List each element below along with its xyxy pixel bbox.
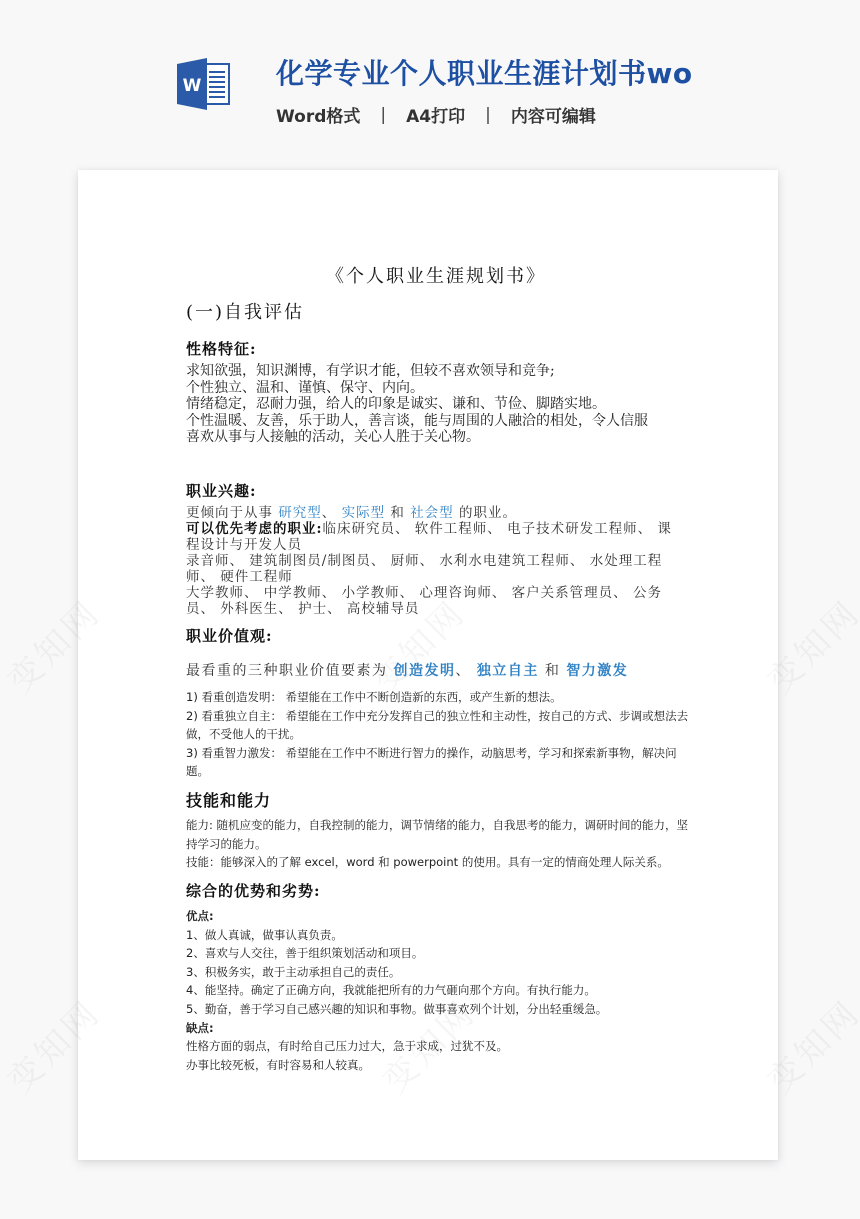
swot-text: 优点: 1、做人真诚，做事认真负责。 2、喜欢与人交往，善于组织策划活动和项目。… — [186, 907, 691, 1074]
document-main-title: 《个人职业生涯规划书》 — [186, 262, 686, 288]
weakness-item: 性格方面的弱点，有时给自己压力过大，急于求成，过犹不及。 — [186, 1037, 691, 1056]
interest-type-social: 社会型 — [410, 505, 454, 521]
value-creativity: 创造发明 — [393, 663, 455, 679]
heading-personality: 性格特征: — [186, 338, 257, 359]
strength-item: 2、喜欢与人交往，善于组织策划活动和项目。 — [186, 944, 691, 963]
ability-text: 能力: 随机应变的能力，自我控制的能力，调节情绪的能力，自我思考的能力，调研时间… — [186, 816, 691, 853]
strength-item: 5、勤奋，善于学习自己感兴趣的知识和事物。做事喜欢列个计划，分出轻重缓急。 — [186, 1000, 691, 1019]
section-self-assessment: (一)自我评估 — [186, 298, 304, 324]
conjunction: 和 — [545, 663, 561, 679]
jobs-label: 可以优先考虑的职业: — [186, 521, 322, 537]
value-detail: 1) 看重创造发明： 希望能在工作中不断创造新的东西，或产生新的想法。 — [186, 688, 691, 707]
personality-text: 求知欲强，知识渊博，有学识才能，但较不喜欢领导和竞争; 个性独立、温和、谨慎、保… — [186, 363, 686, 446]
interest-prefix: 更倾向于从事 — [186, 505, 273, 521]
personality-line: 求知欲强，知识渊博，有学识才能，但较不喜欢领导和竞争; — [186, 363, 686, 380]
strengths-label: 优点: — [186, 907, 691, 926]
personality-line: 情绪稳定，忍耐力强，给人的印象是诚实、谦和、节俭、脚踏实地。 — [186, 396, 686, 413]
meta-separator: | — [485, 105, 491, 125]
strength-item: 4、能坚持。确定了正确方向，我就能把所有的力气砸向那个方向。有执行能力。 — [186, 981, 691, 1000]
interest-preference: 更倾向于从事 研究型、 实际型 和 社会型 的职业。 — [186, 505, 686, 521]
meta-format: Word格式 — [276, 102, 360, 127]
personality-line: 喜欢从事与人接触的活动，关心人胜于关心物。 — [186, 429, 686, 446]
heading-interest: 职业兴趣: — [186, 480, 257, 501]
page-header: W 化学专业个人职业生涯计划书wo Word格式 | A4打印 | 内容可编辑 — [0, 0, 860, 150]
document-preview: 《个人职业生涯规划书》 (一)自我评估 性格特征: 求知欲强，知识渊博，有学识才… — [78, 170, 778, 1160]
doc-title: 化学专业个人职业生涯计划书wo — [276, 52, 693, 92]
jobs-line: 可以优先考虑的职业:临床研究员、 软件工程师、 电子技术研发工程师、 课程设计与… — [186, 521, 686, 553]
value-detail: 2) 看重独立自主： 希望能在工作中充分发挥自己的独立性和主动性，按自己的方式、… — [186, 707, 691, 744]
personality-line: 个性温暖、友善，乐于助人，善言谈，能与周围的人融洽的相处，令人信服 — [186, 413, 686, 430]
doc-meta: Word格式 | A4打印 | 内容可编辑 — [276, 102, 596, 127]
value-independence: 独立自主 — [477, 663, 539, 679]
meta-editable: 内容可编辑 — [511, 102, 596, 127]
interest-type-realistic: 实际型 — [342, 505, 386, 521]
jobs-line: 大学教师、 中学教师、 小学教师、 心理咨询师、 客户关系管理员、 公务员、 外… — [186, 585, 686, 617]
word-doc-icon: W — [175, 58, 231, 110]
jobs-line: 录音师、 建筑制图员/制图员、 厨师、 水利水电建筑工程师、 水处理工程师、 硬… — [186, 553, 686, 585]
heading-swot: 综合的优势和劣势: — [186, 880, 321, 901]
heading-skills: 技能和能力 — [186, 788, 271, 811]
personality-line: 个性独立、温和、谨慎、保守、内向。 — [186, 380, 686, 397]
conjunction: 和 — [390, 505, 405, 521]
interest-text: 更倾向于从事 研究型、 实际型 和 社会型 的职业。 可以优先考虑的职业:临床研… — [186, 505, 686, 617]
value-detail: 3) 看重智力激发： 希望能在工作中不断进行智力的操作，动脑思考，学习和探索新事… — [186, 744, 691, 781]
meta-separator: | — [380, 105, 386, 125]
skills-text: 能力: 随机应变的能力，自我控制的能力，调节情绪的能力，自我思考的能力，调研时间… — [186, 816, 691, 872]
values-lead: 最看重的三种职业价值要素为 创造发明、 独立自主 和 智力激发 — [186, 660, 628, 680]
separator: 、 — [322, 505, 337, 521]
interest-suffix: 的职业。 — [459, 505, 517, 521]
separator: 、 — [455, 663, 471, 679]
skill-text: 技能：能够深入的了解 excel，word 和 powerpoint 的使用。具… — [186, 853, 691, 872]
value-intellectual: 智力激发 — [566, 663, 628, 679]
strength-item: 1、做人真诚，做事认真负责。 — [186, 926, 691, 945]
weaknesses-label: 缺点: — [186, 1019, 691, 1038]
weakness-item: 办事比较死板，有时容易和人较真。 — [186, 1056, 691, 1075]
heading-values: 职业价值观: — [186, 625, 273, 646]
values-details: 1) 看重创造发明： 希望能在工作中不断创造新的东西，或产生新的想法。 2) 看… — [186, 688, 691, 781]
strength-item: 3、积极务实，敢于主动承担自己的责任。 — [186, 963, 691, 982]
meta-print: A4打印 — [406, 102, 465, 127]
svg-text:W: W — [183, 76, 202, 96]
interest-type-research: 研究型 — [278, 505, 322, 521]
values-lead-text: 最看重的三种职业价值要素为 — [186, 663, 388, 679]
